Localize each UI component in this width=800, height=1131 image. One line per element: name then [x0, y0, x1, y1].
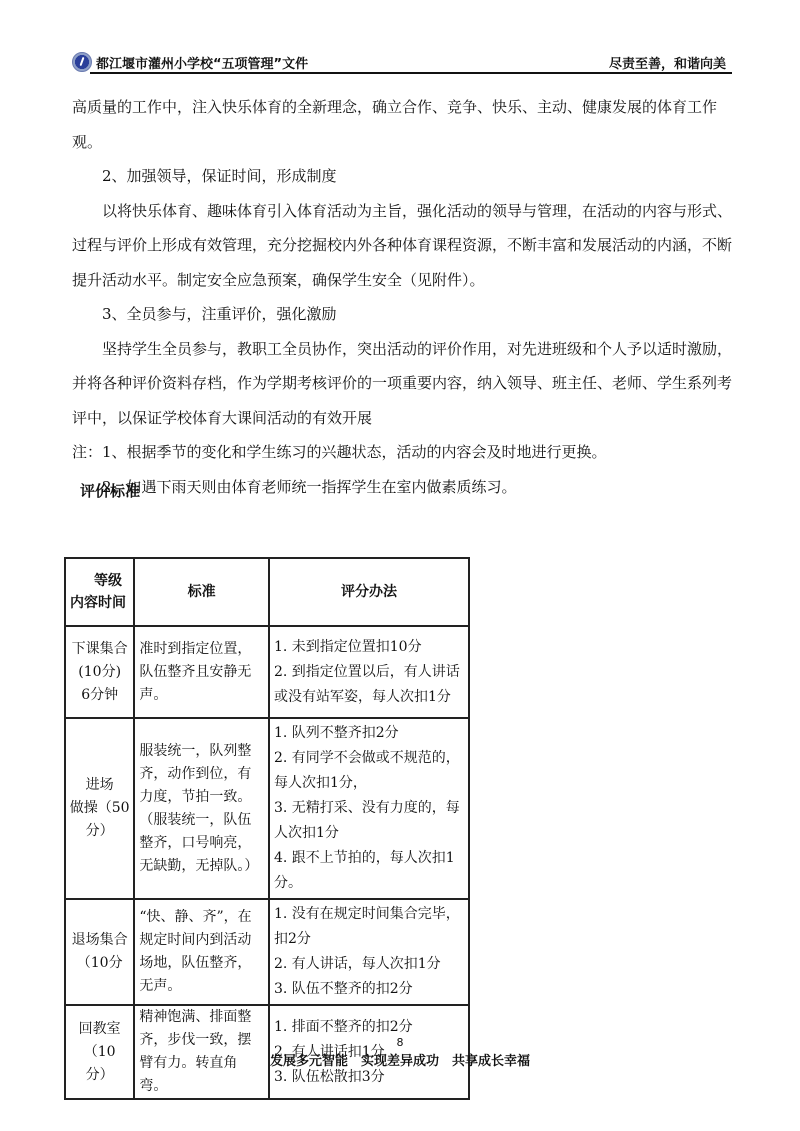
header-title: 都江堰市灌州小学校“五项管理”文件 [96, 53, 308, 72]
subheading-participation: 3、全员参与，注重评价，强化激励 [72, 297, 732, 332]
row-item: 下课集合 (10分) 6分钟 [65, 626, 134, 718]
row-item: 退场集合 （10分 [65, 899, 134, 1005]
table-header-row: 等级 内容时间 标准 评分办法 [65, 558, 469, 626]
paragraph: 坚持学生全员参与，教职工全员协作，突出活动的评价作用，对先进班级和个人予以适时激… [72, 332, 732, 436]
header-divider [90, 72, 732, 74]
page-header: 都江堰市灌州小学校“五项管理”文件 尽责至善，和谐向美 [68, 50, 732, 76]
table-row: 退场集合 （10分 “快、静、齐”，在规定时间内到活动场地，队伍整齐，无声。 1… [65, 899, 469, 1005]
section-title: 评价标准 [80, 480, 140, 501]
page-number: 8 [0, 1036, 800, 1049]
row-scoring: 1. 未到指定位置扣10分 2. 到指定位置以后，有人讲话或没有站军姿，每人次扣… [269, 626, 469, 718]
footer-slogan: 发展多元智能 实现差异成功 共享成长幸福 [0, 1050, 800, 1069]
row-scoring: 1. 队列不整齐扣2分 2. 有同学不会做或不规范的，每人次扣1分， 3. 无精… [269, 718, 469, 899]
school-emblem-icon [72, 52, 92, 72]
row-standard: 服装统一，队列整齐，动作到位，有力度，节拍一致。（服装统一，队伍整齐，口号响亮，… [134, 718, 269, 899]
paragraph: 高质量的工作中，注入快乐体育的全新理念，确立合作、竞争、快乐、主动、健康发展的体… [72, 90, 732, 159]
evaluation-table: 等级 内容时间 标准 评分办法 下课集合 (10分) 6分钟 准时到指定位置，队… [64, 557, 470, 1100]
note-1: 注：1、根据季节的变化和学生练习的兴趣状态，活动的内容会及时地进行更换。 [72, 435, 732, 470]
header-standard: 标准 [134, 558, 269, 626]
paragraph: 以将快乐体育、趣味体育引入体育活动为主旨，强化活动的领导与管理，在活动的内容与形… [72, 194, 732, 298]
header-scoring: 评分办法 [269, 558, 469, 626]
table-row: 下课集合 (10分) 6分钟 准时到指定位置，队伍整齐且安静无声。 1. 未到指… [65, 626, 469, 718]
row-standard: 准时到指定位置，队伍整齐且安静无声。 [134, 626, 269, 718]
row-scoring: 1. 没有在规定时间集合完毕，扣2分 2. 有人讲话，每人次扣1分 3. 队伍不… [269, 899, 469, 1005]
header-motto: 尽责至善，和谐向美 [609, 53, 726, 72]
row-item: 进场 做操（50 分） [65, 718, 134, 899]
body-text: 高质量的工作中，注入快乐体育的全新理念，确立合作、竞争、快乐、主动、健康发展的体… [72, 90, 732, 504]
row-standard: “快、静、齐”，在规定时间内到活动场地，队伍整齐，无声。 [134, 899, 269, 1005]
note-2: 2、如遇下雨天则由体育老师统一指挥学生在室内做素质练习。 [72, 470, 732, 505]
subheading-leadership: 2、加强领导，保证时间，形成制度 [72, 159, 732, 194]
header-item: 等级 内容时间 [65, 558, 134, 626]
table-row: 进场 做操（50 分） 服装统一，队列整齐，动作到位，有力度，节拍一致。（服装统… [65, 718, 469, 899]
